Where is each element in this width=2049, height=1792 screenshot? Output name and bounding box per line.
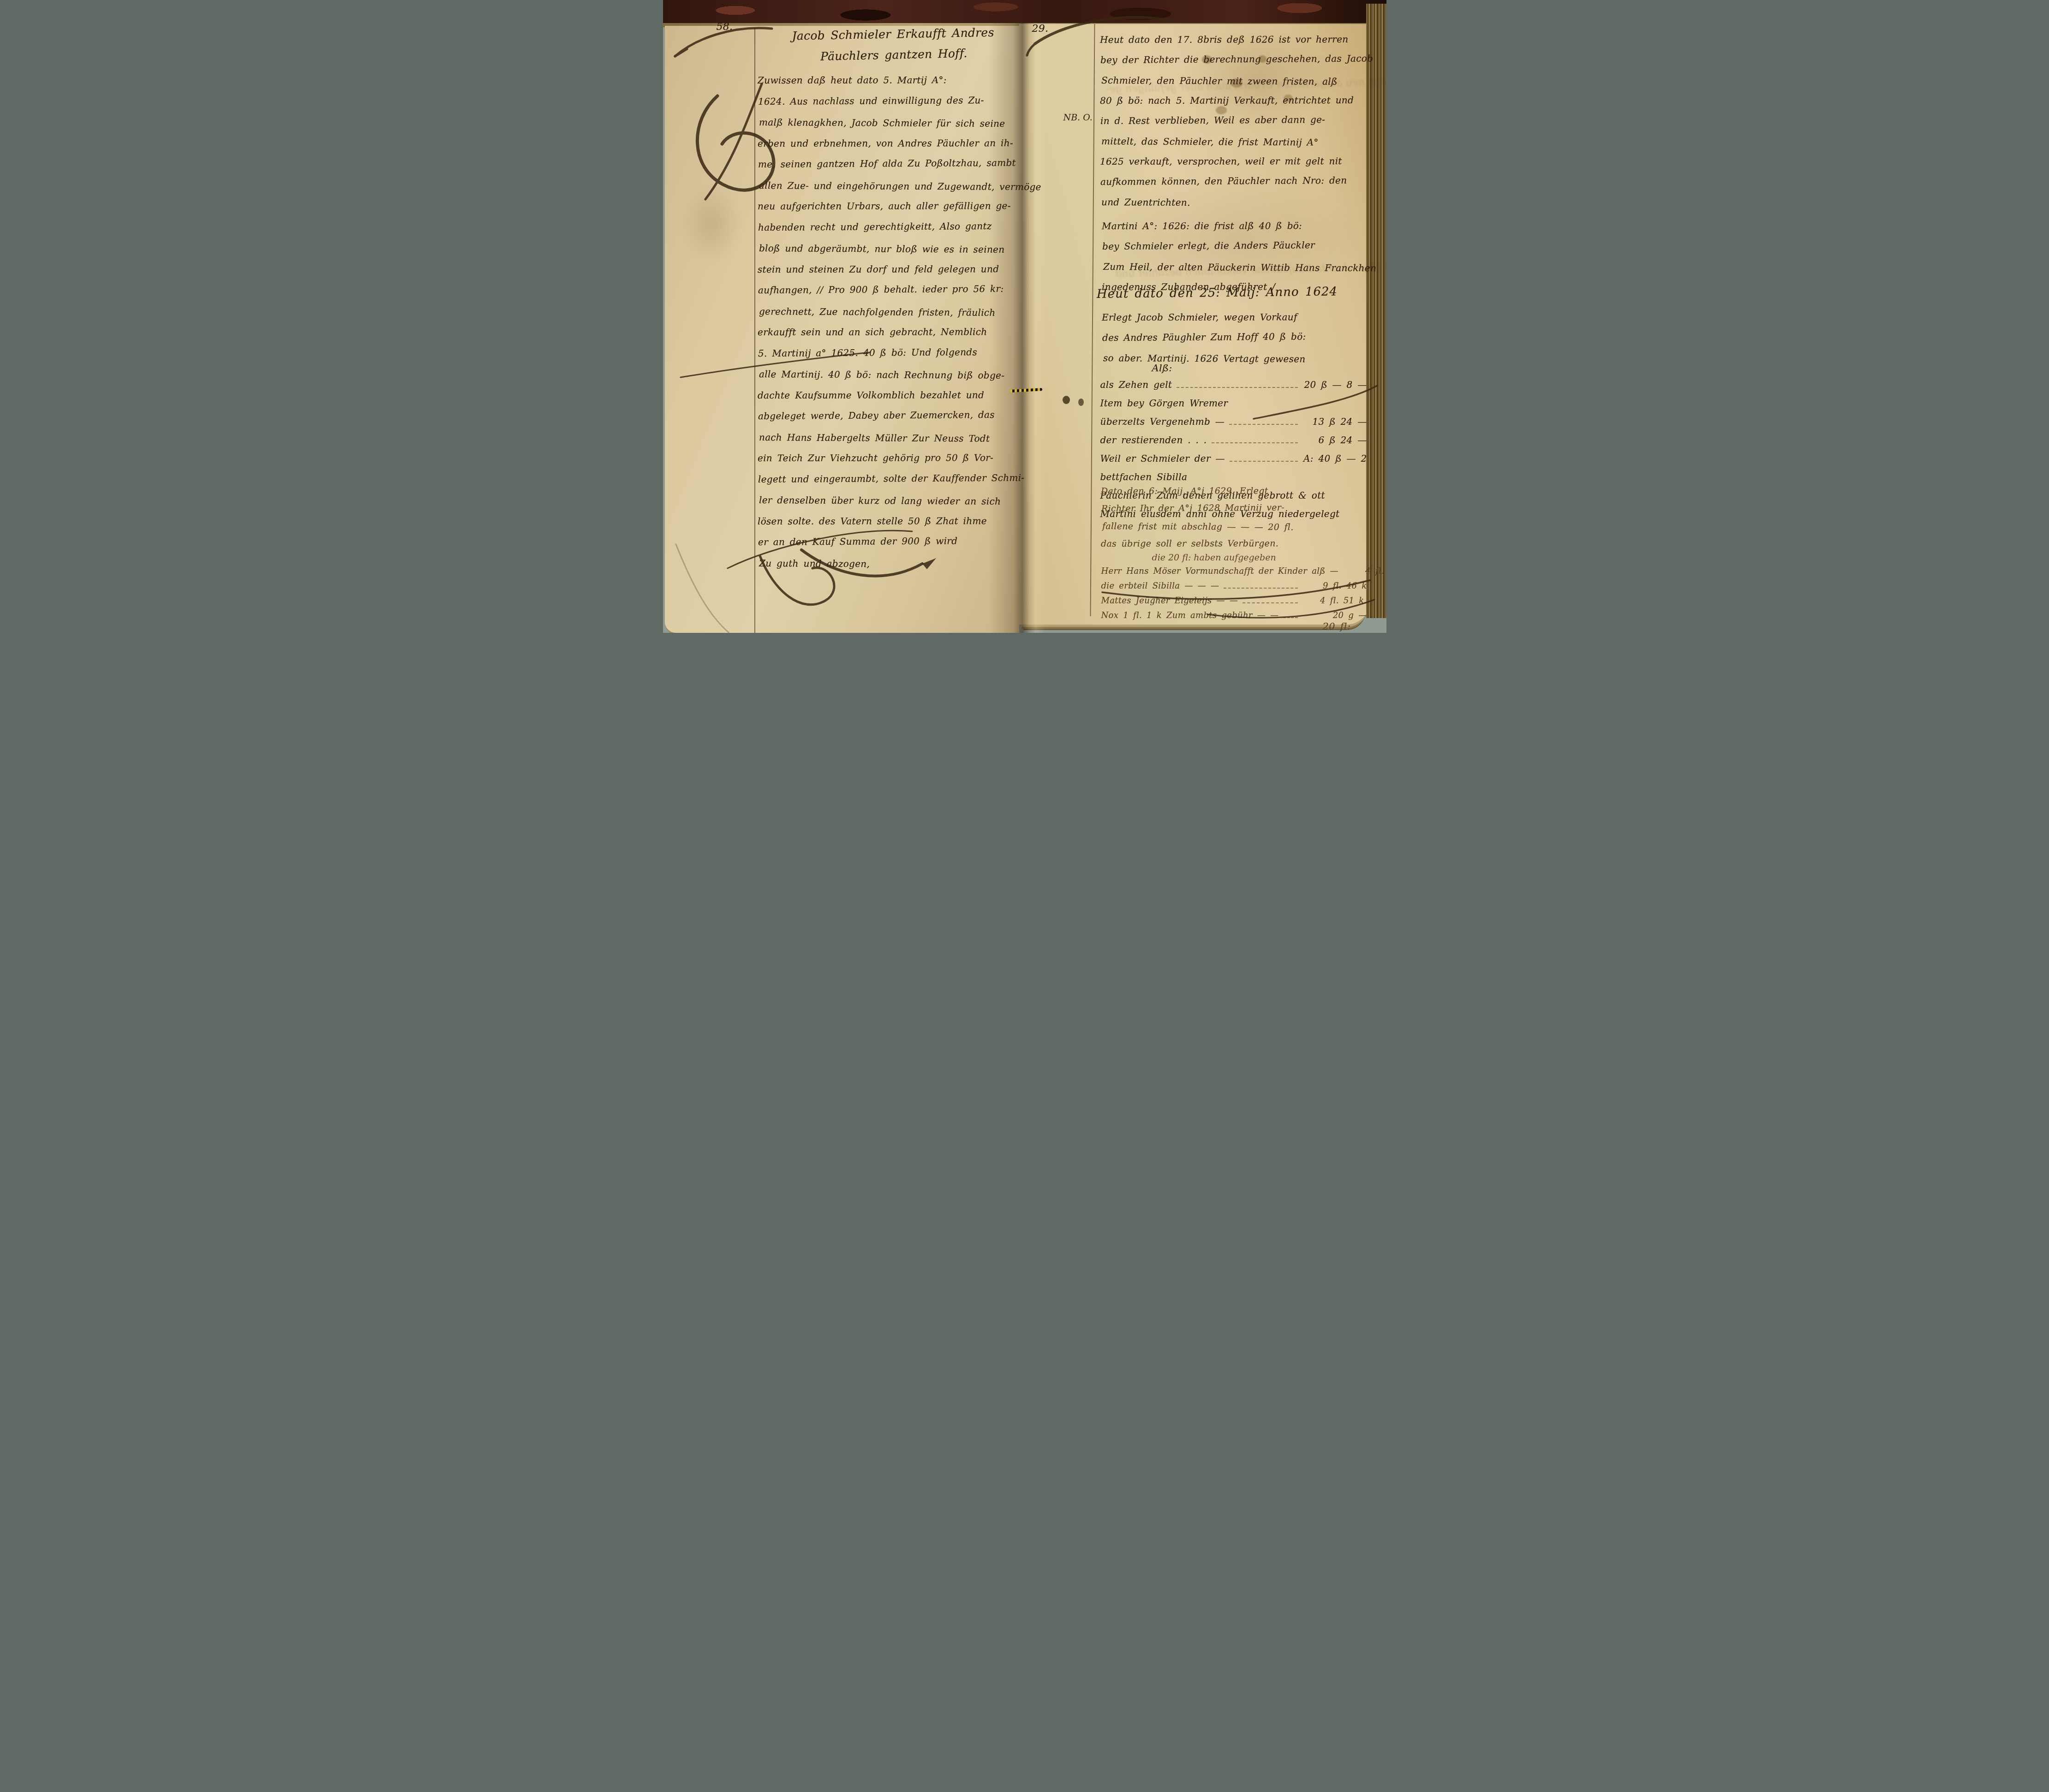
body-line: erkaufft sein und an sich gebracht, Nemb… xyxy=(757,321,1022,343)
body-line: 80 ß bö: nach 5. Martinij Verkauft, entr… xyxy=(1099,90,1372,111)
body-line: 5. Martinij a° 1625. 40 ß bö: Und folgen… xyxy=(758,341,1023,364)
leather-binding-top xyxy=(663,0,1386,23)
body-line: Dato den 6: Maij, A°j 1629. Erlegt xyxy=(1100,482,1292,500)
body-line: habenden recht und gerechtigkeitt, Also … xyxy=(758,215,1023,238)
account-row: überzelts Vergenehmb — 13 ß 24 — xyxy=(1100,416,1367,435)
dash-leader xyxy=(1230,461,1298,462)
body-line: alle Martinij. 40 ß bö: nach Rechnung bi… xyxy=(759,364,1024,387)
dash-leader xyxy=(1243,602,1297,603)
body-line: ler denselben über kurz od lang wieder a… xyxy=(759,490,1024,512)
body-line: Schmieler, den Päuchler mit zween friste… xyxy=(1101,70,1374,92)
body-line: ein Teich Zur Viehzucht gehörig pro 50 ß… xyxy=(757,447,1022,469)
body-line: gerechnett, Zue nachfolgenden fristen, f… xyxy=(759,301,1024,324)
left-margin-rule xyxy=(754,28,755,633)
right-page-number: 29. xyxy=(1032,23,1049,35)
body-line: bloß und abgeräumbt, nur bloß wie es in … xyxy=(759,238,1024,261)
account-row: Weil er Schmieler der — A: 40 ß — 2 xyxy=(1100,453,1367,471)
right-paragraph-4: Dato den 6: Maij, A°j 1629. ErlegtRichte… xyxy=(1101,482,1293,553)
dash-leader xyxy=(1212,442,1298,443)
account-row: der restierenden . . . 6 ß 24 — xyxy=(1100,435,1367,453)
body-line: des Andres Päughler Zum Hoff 40 ß bö: xyxy=(1102,326,1306,348)
account-row: als Zehen gelt 20 ß — 8 — xyxy=(1100,379,1367,398)
body-line: lösen solte. des Vatern stelle 50 ß Zhat… xyxy=(757,510,1022,532)
body-line: bey Schmieler erlegt, die Anders Päuckle… xyxy=(1102,234,1375,256)
settlement-row-label: Herr Hans Möser Vormundschafft der Kinde… xyxy=(1101,566,1338,576)
body-line: Zu guth und abzogen, xyxy=(759,553,1024,576)
body-line: Martini A°: 1626: die frist alß 40 ß bö: xyxy=(1101,215,1374,236)
body-line: und Zuentrichten. xyxy=(1101,192,1374,214)
left-page-body: Zuwissen daß heut dato 5. Martij A°:1624… xyxy=(758,70,1023,574)
body-line: Erlegt Jacob Schmieler, wegen Vorkauf xyxy=(1101,307,1305,327)
settlement-row-amount: 4 fl. 51 k. xyxy=(1302,596,1367,606)
body-line: mittelt, das Schmieler, die frist Martin… xyxy=(1101,131,1374,153)
settlement-row: Mattes Jeügher Eigeleijs — — 4 fl. 51 k. xyxy=(1101,596,1367,611)
body-line: Richter Ihr der A°j 1628 Martinij ver- xyxy=(1101,499,1292,518)
body-line: bey der Richter die berechnung geschehen… xyxy=(1100,48,1373,70)
dash-leader xyxy=(1229,424,1298,425)
body-line: fallene frist mit abschlag — — — 20 fl. xyxy=(1102,518,1293,536)
body-line: aufhangen, // Pro 900 ß behalt. ieder pr… xyxy=(758,278,1023,301)
body-line: nach Hans Habergelts Müller Zur Neuss To… xyxy=(759,427,1024,450)
account-row-amount: A: 40 ß — 2 xyxy=(1302,453,1367,464)
settlement-subnote: die 20 fl: haben aufgegeben xyxy=(1152,553,1276,563)
settlement-row-label: Nox 1 fl. 1 k Zum ambts gebühr — — xyxy=(1101,611,1279,620)
manuscript-book-spread: me, seinen gantzen Hof alda Zu Poßoltzha… xyxy=(663,0,1386,633)
right-paragraph-3: Erlegt Jacob Schmieler, wegen Vorkaufdes… xyxy=(1102,307,1306,368)
settlement-row-amount: 9 fl. 46 k xyxy=(1302,581,1367,591)
body-line: er an den Kauf Summa der 900 ß wird xyxy=(758,530,1023,553)
settlement-row-amount: 20 g — xyxy=(1302,611,1367,620)
body-line: so aber. Martinij. 1626 Vertagt gewesen xyxy=(1103,348,1307,369)
body-line: me, seinen gantzen Hof alda Zu Poßoltzha… xyxy=(758,152,1023,175)
als-label: Alß: xyxy=(1152,363,1172,374)
dash-leader xyxy=(1177,387,1297,388)
left-page-number: 58. xyxy=(717,21,733,33)
body-line: aufkommen können, den Päuchler nach Nro:… xyxy=(1100,170,1373,192)
account-row-label: Item bey Görgen Wremer xyxy=(1100,398,1228,409)
body-line: erben und erbnehmen, von Andres Päuchler… xyxy=(757,132,1022,154)
account-row-label: Weil er Schmieler der — xyxy=(1100,453,1225,464)
settlement-total: 20 fl: xyxy=(1323,621,1351,632)
settlement-rows: Herr Hans Möser Vormundschafft der Kinde… xyxy=(1101,566,1367,625)
body-line: das übrige soll er selbsts Verbürgen. xyxy=(1100,535,1292,553)
body-line: Heut dato den 17. 8bris deß 1626 ist vor… xyxy=(1099,29,1372,50)
body-line: 1625 verkauft, versprochen, weil er mit … xyxy=(1099,151,1372,172)
body-line: stein und steinen Zu dorf und feld geleg… xyxy=(757,258,1022,280)
settlement-row: die erbteil Sibilla — — — 9 fl. 46 k xyxy=(1101,581,1367,596)
settlement-row-amount: 4 fl. 51 k: xyxy=(1348,566,1386,576)
dash-leader xyxy=(1224,588,1297,589)
margin-note: NB. O. xyxy=(1063,113,1093,123)
account-row-label: überzelts Vergenehmb — xyxy=(1100,416,1225,427)
body-line: neu aufgerichten Urbars, auch aller gefä… xyxy=(757,196,1022,217)
left-page-heading: Jacob Schmieler Erkaufft AndresPäuchlers… xyxy=(773,22,1014,68)
settlement-row-label: Mattes Jeügher Eigeleijs — — xyxy=(1101,596,1238,606)
right-paragraph-1: Heut dato den 17. 8bris deß 1626 ist vor… xyxy=(1100,30,1373,212)
account-row: Item bey Görgen Wremer xyxy=(1100,398,1367,416)
account-row-amount: 20 ß — 8 — xyxy=(1302,379,1367,390)
body-line: dachte Kaufsumme Volkomblich bezahlet un… xyxy=(757,384,1022,406)
right-paragraph-3-heading: Heut dato den 25: Maij: Anno 1624 xyxy=(1096,285,1337,301)
body-line: 1624. Aus nachlass und einwilligung des … xyxy=(758,89,1023,112)
account-row-label: der restierenden . . . xyxy=(1100,435,1207,446)
body-line: allen Zue- und eingehörungen und Zugewan… xyxy=(759,175,1024,198)
settlement-row-label: die erbteil Sibilla — — — xyxy=(1101,581,1219,591)
body-line: abgeleget werde, Dabey aber Zuemercken, … xyxy=(758,404,1023,427)
body-line: in d. Rest verblieben, Weil es aber dann… xyxy=(1100,109,1373,131)
account-row-amount: 13 ß 24 — xyxy=(1302,416,1367,427)
body-line: malß klenagkhen, Jacob Schmieler für sic… xyxy=(759,112,1024,135)
body-line: Zuwissen daß heut dato 5. Martij A°: xyxy=(757,70,1022,91)
account-row-amount: 6 ß 24 — xyxy=(1302,435,1367,446)
body-line: legett und eingeraumbt, solte der Kauffe… xyxy=(758,467,1023,490)
body-line: Zum Heil, der alten Päuckerin Wittib Han… xyxy=(1103,256,1376,278)
settlement-row: Herr Hans Möser Vormundschafft der Kinde… xyxy=(1101,566,1367,581)
account-row-label: als Zehen gelt xyxy=(1100,379,1172,390)
account-row-label: bettfachen Sibilla xyxy=(1100,471,1188,482)
dash-leader xyxy=(1283,617,1297,618)
